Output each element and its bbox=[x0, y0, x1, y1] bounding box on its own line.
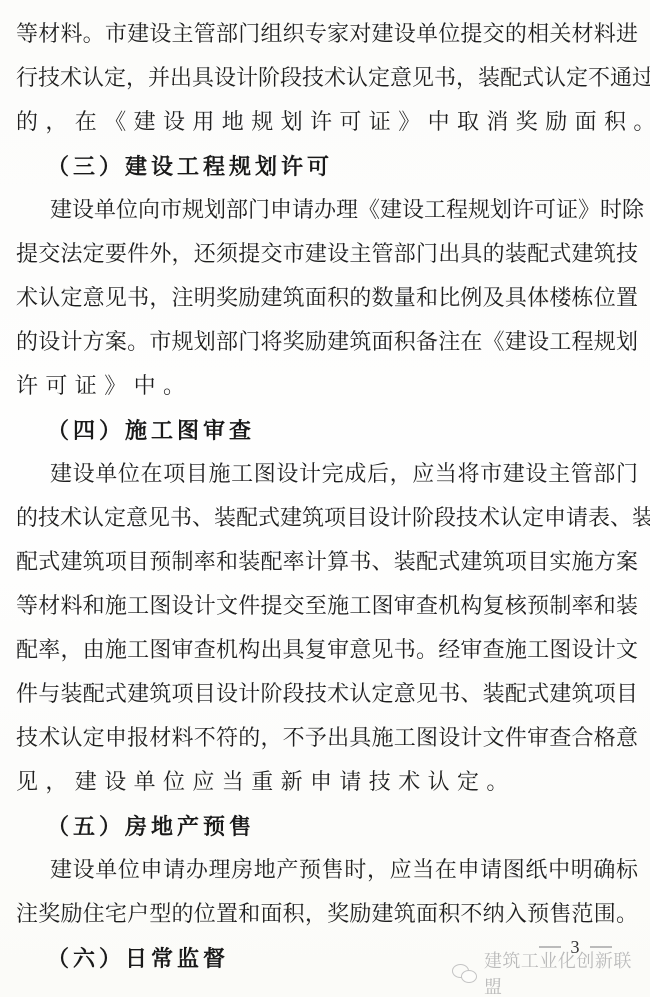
paragraph-line: 许可证》中。 bbox=[16, 372, 638, 402]
paragraph-line: 的，在《建设用地规划许可证》中取消奖励面积。 bbox=[16, 108, 638, 138]
paragraph-line: 注奖励住宅户型的位置和面积，奖励建筑面积不纳入预售范围。 bbox=[16, 900, 638, 930]
paragraph-line: 等材料和施工图设计文件提交至施工图审查机构复核预制率和装 bbox=[16, 592, 638, 622]
paragraph-line: 提交法定要件外，还须提交市建设主管部门出具的装配式建筑技 bbox=[16, 240, 638, 270]
paragraph-line: 的设计方案。市规划部门将奖励建筑面积备注在《建设工程规划 bbox=[16, 328, 638, 358]
watermark: 建筑工业化创新联盟 bbox=[452, 958, 650, 988]
paragraph-line: 等材料。市建设主管部门组织专家对建设单位提交的相关材料进 bbox=[16, 20, 638, 50]
document-page: 等材料。市建设主管部门组织专家对建设单位提交的相关材料进行技术认定，并出具设计阶… bbox=[0, 0, 650, 997]
paragraph-line: 术认定意见书，注明奖励建筑面积的数量和比例及具体楼栋位置 bbox=[16, 284, 638, 314]
section-heading: （六）日常监督 bbox=[47, 944, 229, 974]
paragraph-line: 配式建筑项目预制率和装配率计算书、装配式建筑项目实施方案 bbox=[16, 548, 638, 578]
paragraph-line: 见，建设单位应当重新申请技术认定。 bbox=[16, 768, 638, 798]
section-heading: （四）施工图审查 bbox=[47, 416, 255, 446]
section-heading: （五）房地产预售 bbox=[47, 812, 255, 842]
paragraph-line: 行技术认定，并出具设计阶段技术认定意见书，装配式认定不通过 bbox=[16, 64, 638, 94]
watermark-text: 建筑工业化创新联盟 bbox=[484, 947, 650, 997]
paragraph-line: 技术认定申报材料不符的，不予出具施工图设计文件审查合格意 bbox=[16, 724, 638, 754]
wechat-icon bbox=[452, 962, 478, 984]
paragraph-line: 的技术认定意见书、装配式建筑项目设计阶段技术认定申请表、装 bbox=[16, 504, 638, 534]
paragraph-first-line: 建设单位在项目施工图设计完成后，应当将市建设主管部门 bbox=[50, 460, 638, 490]
paragraph-first-line: 建设单位申请办理房地产预售时，应当在申请图纸中明确标 bbox=[50, 856, 638, 886]
section-heading: （三）建设工程规划许可 bbox=[47, 152, 333, 182]
paragraph-line: 配率，由施工图审查机构出具复审意见书。经审查施工图设计文 bbox=[16, 636, 638, 666]
paragraph-line: 件与装配式建筑项目设计阶段技术认定意见书、装配式建筑项目 bbox=[16, 680, 638, 710]
paragraph-first-line: 建设单位向市规划部门申请办理《建设工程规划许可证》时除 bbox=[50, 196, 638, 226]
